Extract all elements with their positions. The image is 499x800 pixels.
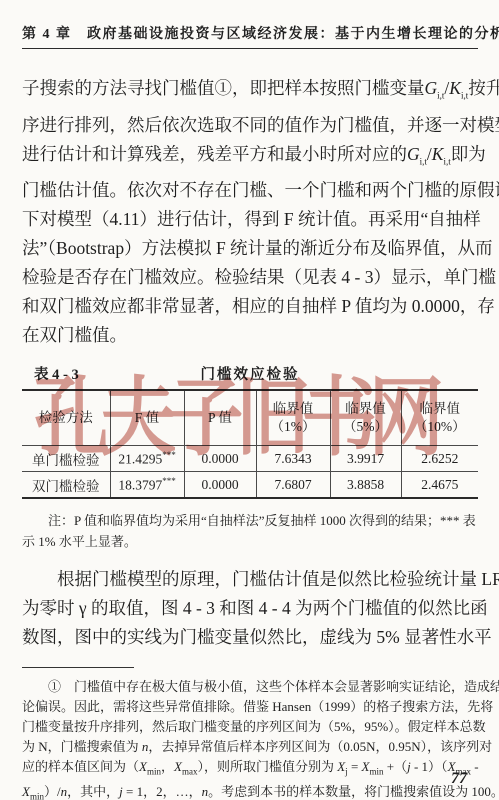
paragraph-line: 根据门槛模型的原理，门槛估计值是似然比检验统计量 LR: [22, 565, 478, 594]
paragraph-2: 根据门槛模型的原理，门槛估计值是似然比检验统计量 LR 为零时 γ 的取值，图 …: [22, 565, 478, 652]
paragraph-1: 子搜索的方法寻找门槛值①，即把样本按照门槛变量Gi,t/Ki,t按升 序进行排列…: [22, 74, 478, 350]
cell-method: 单门槛检验: [22, 446, 110, 472]
footnote-line: 门槛变量按升序排列，然后取门槛变量的序列区间为（5%，95%）。假定样本总数: [22, 717, 478, 737]
paragraph-line: 门槛估计值。依次对不存在门槛、一个门槛和两个门槛的原假设: [22, 176, 478, 205]
paragraph-line: 数图，图中的实线为门槛变量似然比，虚线为 5% 显著性水平: [22, 623, 478, 652]
cell-f-value: 18.3797***: [110, 472, 184, 499]
footnote-line: 应的样本值区间为（Xmin，Xmax），则所取门槛值分别为 Xj = Xmin …: [22, 757, 478, 782]
footnote: ① 门槛值中存在极大值与极小值，这些个体样本会显著影响实证结论，造成结 论偏误。…: [22, 677, 478, 800]
table-row: 单门槛检验 21.4295*** 0.0000 7.6343 3.9917 2.…: [22, 446, 478, 472]
table-note-line: 示 1% 水平上显著。: [22, 531, 478, 552]
paragraph-line: 子搜索的方法寻找门槛值①，即把样本按照门槛变量Gi,t/Ki,t按升: [22, 74, 478, 111]
header-cell-crit5: 临界值 （5%）: [330, 390, 401, 446]
paragraph-line: 检验是否存在门槛效应。检验结果（见表 4 - 3）显示，单门槛: [22, 263, 478, 292]
cell-crit5: 3.8858: [330, 472, 401, 499]
cell-p-value: 0.0000: [184, 446, 256, 472]
paragraph-line: 序进行排列，然后依次选取不同的值作为门槛值，并逐一对模型: [22, 111, 478, 140]
footnote-line: 论偏误。因此，需将这些异常值排除。借鉴 Hansen（1999）的格子搜索方法，…: [22, 697, 478, 717]
threshold-effect-table: 检验方法 F 值 P 值 临界值 （1%） 临界值 （5%） 临界值 （10%）…: [22, 389, 478, 499]
footnote-line: ① 门槛值中存在极大值与极小值，这些个体样本会显著影响实证结论，造成结: [22, 677, 478, 697]
paragraph-line: 进行估计和计算残差，残差平方和最小时所对应的Gi,t/Ki,t即为: [22, 140, 478, 177]
cell-crit10: 2.6252: [401, 446, 478, 472]
running-head-title: 第 4 章 政府基础设施投资与区域经济发展：基于内生增长理论的分析: [22, 23, 478, 43]
paragraph-line: 下对模型（4.11）进行估计，得到 F 统计值。再采用“自抽样: [22, 205, 478, 234]
header-cell-f: F 值: [110, 390, 184, 446]
header-cell-p: P 值: [184, 390, 256, 446]
cell-crit5: 3.9917: [330, 446, 401, 472]
footnote-line: Xmin）/n，其中，j = 1，2，…，n。考虑到本书的样本数量，将门槛搜索值…: [22, 782, 478, 800]
paragraph-line: 在双门槛值。: [22, 321, 478, 350]
header-cell-crit10: 临界值 （10%）: [401, 390, 478, 446]
table-row: 双门槛检验 18.3797*** 0.0000 7.6807 3.8858 2.…: [22, 472, 478, 499]
running-head-rule: [22, 48, 478, 49]
page-number: 77: [451, 770, 467, 788]
header-cell-method: 检验方法: [22, 390, 110, 446]
cell-crit10: 2.4675: [401, 472, 478, 499]
paragraph-line: 和双门槛效应都非常显著，相应的自抽样 P 值均为 0.0000，存: [22, 292, 478, 321]
paragraph-line: 为零时 γ 的取值，图 4 - 3 和图 4 - 4 为两个门槛值的似然比函: [22, 594, 478, 623]
book-page: 第 4 章 政府基础设施投资与区域经济发展：基于内生增长理论的分析 子搜索的方法…: [0, 0, 499, 800]
table-title: 门槛效应检验: [22, 363, 478, 384]
table-label: 表 4 - 3: [34, 363, 79, 384]
table-header-row: 检验方法 F 值 P 值 临界值 （1%） 临界值 （5%） 临界值 （10%）: [22, 390, 478, 446]
table-caption: 表 4 - 3 门槛效应检验: [22, 363, 478, 383]
cell-method: 双门槛检验: [22, 472, 110, 499]
header-cell-crit1: 临界值 （1%）: [256, 390, 330, 446]
table-note-line: 注：P 值和临界值均为采用“自抽样法”反复抽样 1000 次得到的结果；*** …: [22, 510, 478, 531]
cell-crit1: 7.6807: [256, 472, 330, 499]
cell-crit1: 7.6343: [256, 446, 330, 472]
paragraph-line: 法”（Bootstrap）方法模拟 F 统计量的渐近分布及临界值，从而: [22, 234, 478, 263]
footnote-separator: [22, 667, 134, 668]
cell-f-value: 21.4295***: [110, 446, 184, 472]
table-note: 注：P 值和临界值均为采用“自抽样法”反复抽样 1000 次得到的结果；*** …: [22, 510, 478, 552]
cell-p-value: 0.0000: [184, 472, 256, 499]
footnote-line: 为 N，门槛搜索值为 n，去掉异常值后样本序列区间为（0.05N，0.95N），…: [22, 737, 478, 757]
page-content: 第 4 章 政府基础设施投资与区域经济发展：基于内生增长理论的分析 子搜索的方法…: [22, 0, 478, 800]
